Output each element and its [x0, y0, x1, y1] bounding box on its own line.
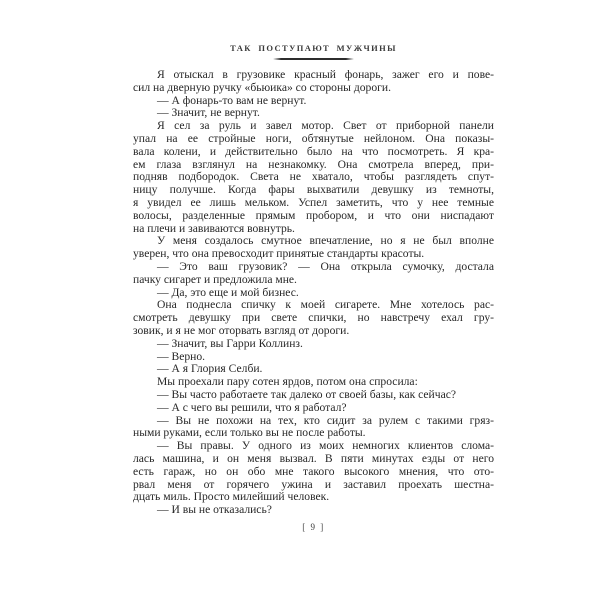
text-line: упал на ее стройные ноги, обтянутые нейл…: [133, 133, 494, 146]
text-line: — Вы правы. У одного из моих немногих кл…: [133, 440, 494, 453]
text-line: лась машина, и он меня вызвал. В пяти ми…: [133, 453, 494, 466]
text-line: есть гараж, но он обо мне такого высоког…: [133, 466, 494, 479]
body-text: Я отыскал в грузовике красный фонарь, за…: [133, 69, 494, 517]
text-line: Я отыскал в грузовике красный фонарь, за…: [133, 69, 494, 82]
text-line: сил на дверную ручку «бьюика» со стороны…: [133, 82, 494, 95]
text-line: — Значит, вы Гарри Коллинз.: [133, 338, 494, 351]
text-line: — И вы не отказались?: [133, 504, 494, 517]
title-rule-ornament: [273, 58, 354, 60]
text-line: волосы, разделенные прямым пробором, и ч…: [133, 210, 494, 223]
text-line: Мы проехали пару сотен ярдов, потом она …: [133, 376, 494, 389]
text-line: — Вы часто работаете так далеко от своей…: [133, 389, 494, 402]
page-number: [ 9 ]: [133, 522, 494, 532]
book-page: ТАК ПОСТУПАЮТ МУЖЧИНЫ Я отыскал в грузов…: [0, 0, 600, 600]
text-line: пачку сигарет и предложила мне.: [133, 274, 494, 287]
text-line: зовик, и я не мог оторвать взгляд от дор…: [133, 325, 494, 338]
text-line: я увидел ее лишь мельком. Успел заметить…: [133, 197, 494, 210]
text-line: вала колени, и действительно было на что…: [133, 146, 494, 159]
text-line: — А с чего вы решили, что я работал?: [133, 402, 494, 415]
text-line: — Это ваш грузовик? — Она открыла сумочк…: [133, 261, 494, 274]
running-title: ТАК ПОСТУПАЮТ МУЖЧИНЫ: [133, 43, 494, 53]
